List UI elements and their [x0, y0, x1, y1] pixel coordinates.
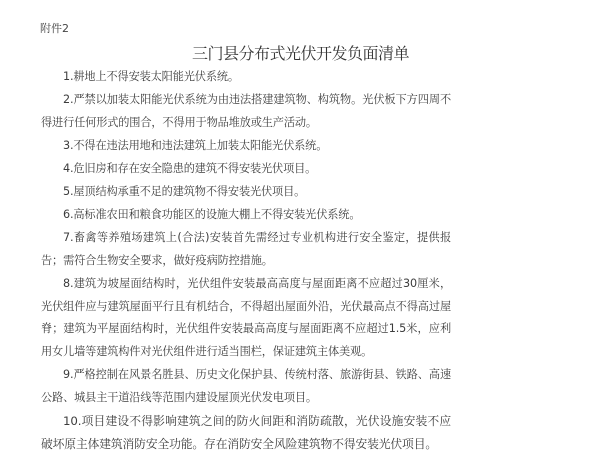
- list-item-4: 4.危旧房和存在安全隐患的建筑不得安装光伏项目。: [41, 158, 451, 181]
- list-item-9: 9.严格控制在风景名胜县、历史文化保护县、传统村落、旅游街县、铁路、高速公路、城…: [41, 364, 451, 410]
- list-item-7: 7.畜禽等养殖场建筑上(合法)安装首先需经过专业机构进行安全鉴定，提供报告；需符…: [41, 227, 451, 273]
- item-number: 2.: [63, 93, 73, 106]
- list-item-10: 10.项目建设不得影响建筑之间的防火间距和消防疏散，光伏设施安装不应破坏原主体建…: [41, 410, 451, 456]
- list-item-3: 3.不得在违法用地和违法建筑上加装太阳能光伏系统。: [41, 135, 451, 158]
- item-text: 严格控制在风景名胜县、历史文化保护县、传统村落、旅游街县、铁路、高速公路、城县主…: [41, 368, 451, 404]
- item-number: 5.: [63, 185, 73, 198]
- annex-label: 附件2: [40, 20, 69, 36]
- item-number: 6.: [63, 208, 73, 221]
- item-text: 危旧房和存在安全隐患的建筑不得安装光伏项目。: [73, 162, 316, 175]
- item-number: 10.: [63, 414, 81, 428]
- document-title: 三门县分布式光伏开发负面清单: [0, 41, 601, 64]
- document-page: 附件2 三门县分布式光伏开发负面清单 1.耕地上不得安装太阳能光伏系统。 2.严…: [0, 0, 601, 463]
- item-text: 高标准农田和粮食功能区的设施大棚上不得安装光伏系统。: [73, 208, 360, 221]
- item-number: 7.: [63, 231, 73, 244]
- list-item-2: 2.严禁以加装太阳能光伏系统为由违法搭建建筑物、构筑物。光伏板下方四周不得进行任…: [41, 89, 451, 135]
- item-text: 畜禽等养殖场建筑上(合法)安装首先需经过专业机构进行安全鉴定，提供报告；需符合生…: [41, 231, 451, 267]
- list-item-6: 6.高标准农田和粮食功能区的设施大棚上不得安装光伏系统。: [41, 204, 451, 227]
- item-text: 屋顶结构承重不足的建筑物不得安装光伏项目。: [73, 185, 305, 198]
- list-item-8: 8.建筑为坡屋面结构时，光伏组件安装最高高度与屋面距离不应超过30厘米，光伏组件…: [41, 273, 451, 365]
- item-number: 8.: [63, 277, 73, 290]
- item-number: 3.: [63, 139, 73, 152]
- item-text: 耕地上不得安装太阳能光伏系统。: [73, 70, 239, 83]
- item-text: 严禁以加装太阳能光伏系统为由违法搭建建筑物、构筑物。光伏板下方四周不得进行任何形…: [41, 93, 451, 129]
- list-item-1: 1.耕地上不得安装太阳能光伏系统。: [41, 66, 451, 89]
- item-number: 4.: [63, 162, 73, 175]
- item-number: 1.: [63, 70, 73, 83]
- item-text: 项目建设不得影响建筑之间的防火间距和消防疏散，光伏设施安装不应破坏原主体建筑消防…: [41, 414, 451, 451]
- list-item-5: 5.屋顶结构承重不足的建筑物不得安装光伏项目。: [41, 181, 451, 204]
- item-text: 不得在违法用地和违法建筑上加装太阳能光伏系统。: [73, 139, 327, 152]
- item-number: 9.: [63, 368, 73, 381]
- item-text: 建筑为坡屋面结构时，光伏组件安装最高高度与屋面距离不应超过30厘米，光伏组件应与…: [41, 277, 451, 359]
- negative-list-body: 1.耕地上不得安装太阳能光伏系统。 2.严禁以加装太阳能光伏系统为由违法搭建建筑…: [41, 66, 451, 456]
